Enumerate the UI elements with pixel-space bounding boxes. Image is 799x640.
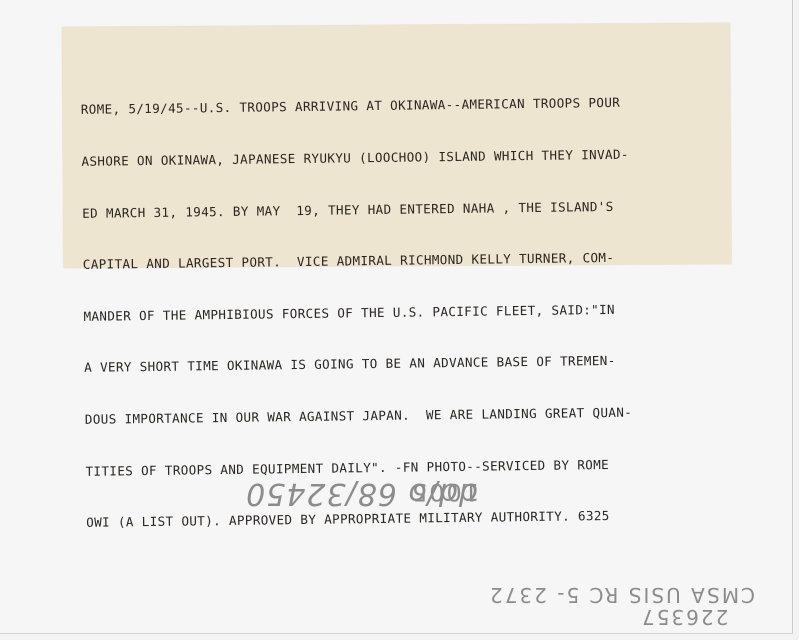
- caption-line: DOUS IMPORTANCE IN OUR WAR AGAINST JAPAN…: [85, 403, 725, 429]
- pencil-count-note: 1005: [410, 478, 479, 506]
- caption-line: ED MARCH 31, 1945. BY MAY 19, THEY HAD E…: [82, 196, 722, 222]
- caption-line: MANDER OF THE AMPHIBIOUS FORCES OF THE U…: [83, 299, 723, 325]
- caption-line: CAPITAL AND LARGEST PORT. VICE ADMIRAL R…: [83, 248, 723, 274]
- caption-line: ASHORE ON OKINAWA, JAPANESE RYUKYU (LOOC…: [81, 145, 721, 171]
- caption-card: ROME, 5/19/45--U.S. TROOPS ARRIVING AT O…: [62, 23, 731, 268]
- caption-line: A VERY SHORT TIME OKINAWA IS GOING TO BE…: [84, 351, 724, 377]
- pencil-archive-code: CMSA USIS RC 5- 2372: [488, 583, 755, 607]
- photo-back: ROME, 5/19/45--U.S. TROOPS ARRIVING AT O…: [0, 0, 793, 634]
- caption-line: ROME, 5/19/45--U.S. TROOPS ARRIVING AT O…: [81, 93, 721, 119]
- pencil-archive-number: 226357: [640, 605, 728, 629]
